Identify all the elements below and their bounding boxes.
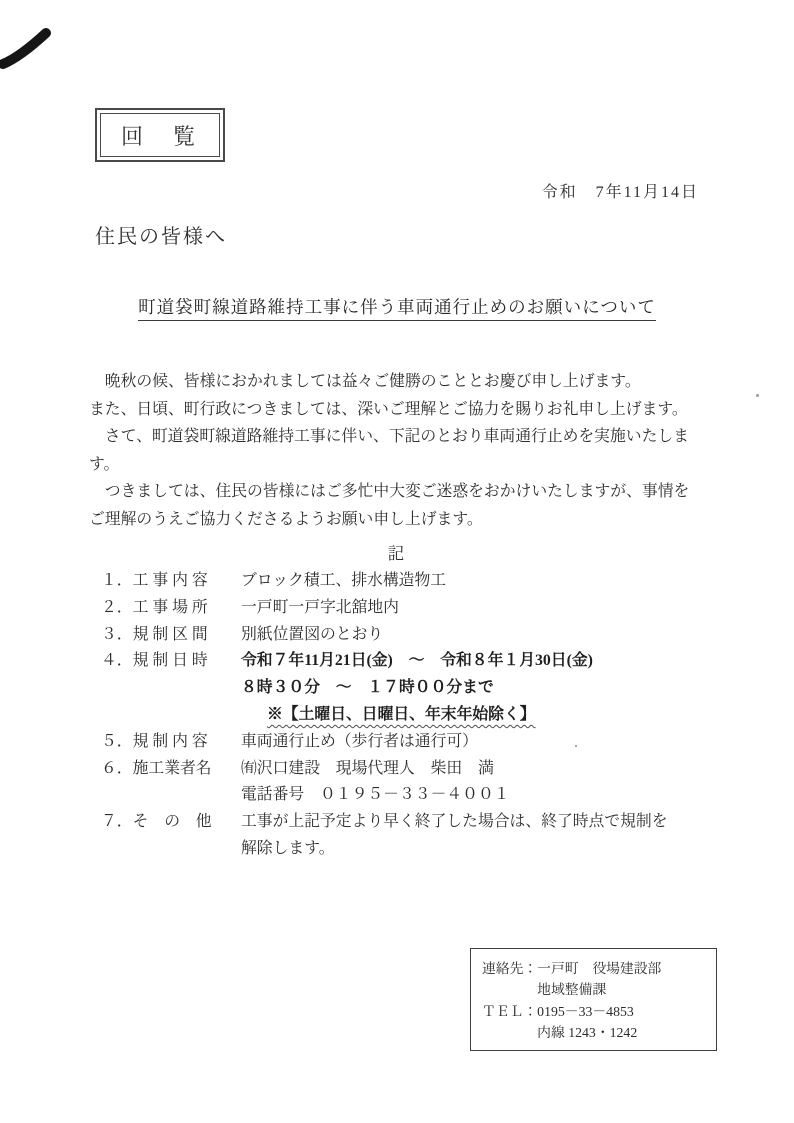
scan-speck bbox=[575, 745, 577, 747]
list-item-restriction-content: ５．規 制 内 容 車両通行止め（歩行者は通行可） bbox=[101, 729, 741, 756]
body-line: ご理解のうえご協力くださるようお願い申し上げます。 bbox=[89, 506, 717, 534]
list-item-value: 別紙位置図のとおり bbox=[241, 622, 741, 649]
body-line: さて、町道袋町線道路維持工事に伴い、下記のとおり車両通行止めを実施いたしま bbox=[89, 423, 717, 451]
list-item-contractor-phone: 電話番号 ０１９５－３３－４００１ bbox=[101, 782, 741, 809]
list-item-label: ５．規 制 内 容 bbox=[101, 729, 241, 756]
list-item-contractor-name: ６．施工業者名 ㈲沢口建設 現場代理人 柴田 満 bbox=[101, 756, 741, 783]
list-item-label: ４．規 制 日 時 bbox=[101, 648, 241, 675]
body-paragraphs: 晩秋の候、皆様におかれましては益々ご健勝のこととお慶び申し上げます。 また、日頃… bbox=[89, 368, 717, 534]
body-line: 晩秋の候、皆様におかれましては益々ご健勝のこととお慶び申し上げます。 bbox=[89, 368, 717, 396]
list-item-construction-content: １．工 事 内 容 ブロック積工、排水構造物工 bbox=[101, 568, 741, 595]
details-list: １．工 事 内 容 ブロック積工、排水構造物工 ２．工 事 場 所 一戸町一戸字… bbox=[101, 568, 741, 863]
list-item-value: 令和７年11月21日(金) ～ 令和８年１月30日(金) bbox=[241, 648, 741, 675]
list-item-label: ７．そ の 他 bbox=[101, 809, 241, 836]
contact-info-box: 連絡先：一戸町 役場建設部 地域整備課 ＴＥＬ：0195－33－4853 内線 … bbox=[470, 948, 717, 1051]
list-item-construction-site: ２．工 事 場 所 一戸町一戸字北舘地内 bbox=[101, 595, 741, 622]
body-line: つきましては、住民の皆様にはご多忙中大変ご迷惑をおかけいたしますが、事情を bbox=[89, 478, 717, 506]
body-line: また、日頃、町行政につきましては、深いご理解とご協力を賜りお礼申し上げます。 bbox=[89, 396, 717, 424]
list-item-restriction-hours: ８時３０分 ～ １７時００分まで bbox=[101, 675, 741, 702]
list-item-label: ６．施工業者名 bbox=[101, 756, 241, 783]
list-item-value: 工事が上記予定より早く終了した場合は、終了時点で規制を bbox=[241, 809, 741, 836]
document-title-text: 町道袋町線道路維持工事に伴う車両通行止めのお願いについて bbox=[138, 297, 656, 321]
list-item-restriction-dates: ４．規 制 日 時 令和７年11月21日(金) ～ 令和８年１月30日(金) bbox=[101, 648, 741, 675]
circular-stamp-label: 回 覧 bbox=[100, 113, 220, 157]
list-item-label bbox=[101, 836, 241, 863]
list-item-value: ８時３０分 ～ １７時００分まで bbox=[241, 675, 741, 702]
salutation: 住民の皆様へ bbox=[95, 220, 227, 249]
list-item-label: ２．工 事 場 所 bbox=[101, 595, 241, 622]
list-item-label bbox=[101, 702, 241, 729]
contact-line-division: 地域整備課 bbox=[482, 979, 710, 1000]
document-title: 町道袋町線道路維持工事に伴う車両通行止めのお願いについて bbox=[0, 294, 794, 319]
list-item-label: ３．規 制 区 間 bbox=[101, 622, 241, 649]
issue-date: 令和 7年11月14日 bbox=[0, 179, 699, 202]
contact-line-department: 連絡先：一戸町 役場建設部 bbox=[482, 958, 710, 979]
list-item-label bbox=[101, 675, 241, 702]
scan-speck bbox=[756, 394, 759, 397]
circular-stamp-box: 回 覧 bbox=[95, 108, 225, 162]
list-item-other-continued: 解除します。 bbox=[101, 836, 741, 863]
scanned-notice-page: 回 覧 令和 7年11月14日 住民の皆様へ 町道袋町線道路維持工事に伴う車両通… bbox=[0, 0, 794, 1123]
body-line: す。 bbox=[89, 451, 717, 479]
list-item-value: ※【土曜日、日曜日、年末年始除く】 bbox=[267, 702, 741, 729]
list-item-exclusion-note: ※【土曜日、日曜日、年末年始除く】 bbox=[101, 702, 741, 729]
contact-line-tel: ＴＥＬ：0195－33－4853 bbox=[482, 1001, 710, 1022]
list-item-value: 車両通行止め（歩行者は通行可） bbox=[241, 729, 741, 756]
list-item-value: 解除します。 bbox=[241, 836, 741, 863]
list-item-value: ㈲沢口建設 現場代理人 柴田 満 bbox=[241, 756, 741, 783]
list-item-label bbox=[101, 782, 241, 809]
list-item-other: ７．そ の 他 工事が上記予定より早く終了した場合は、終了時点で規制を bbox=[101, 809, 741, 836]
scan-artifact-mark bbox=[0, 24, 70, 79]
record-heading: 記 bbox=[0, 540, 794, 564]
list-item-value: ブロック積工、排水構造物工 bbox=[241, 568, 741, 595]
list-item-value: 電話番号 ０１９５－３３－４００１ bbox=[241, 782, 741, 809]
list-item-label: １．工 事 内 容 bbox=[101, 568, 241, 595]
list-item-value: 一戸町一戸字北舘地内 bbox=[241, 595, 741, 622]
list-item-restricted-section: ３．規 制 区 間 別紙位置図のとおり bbox=[101, 622, 741, 649]
contact-line-extension: 内線 1243・1242 bbox=[482, 1022, 710, 1043]
